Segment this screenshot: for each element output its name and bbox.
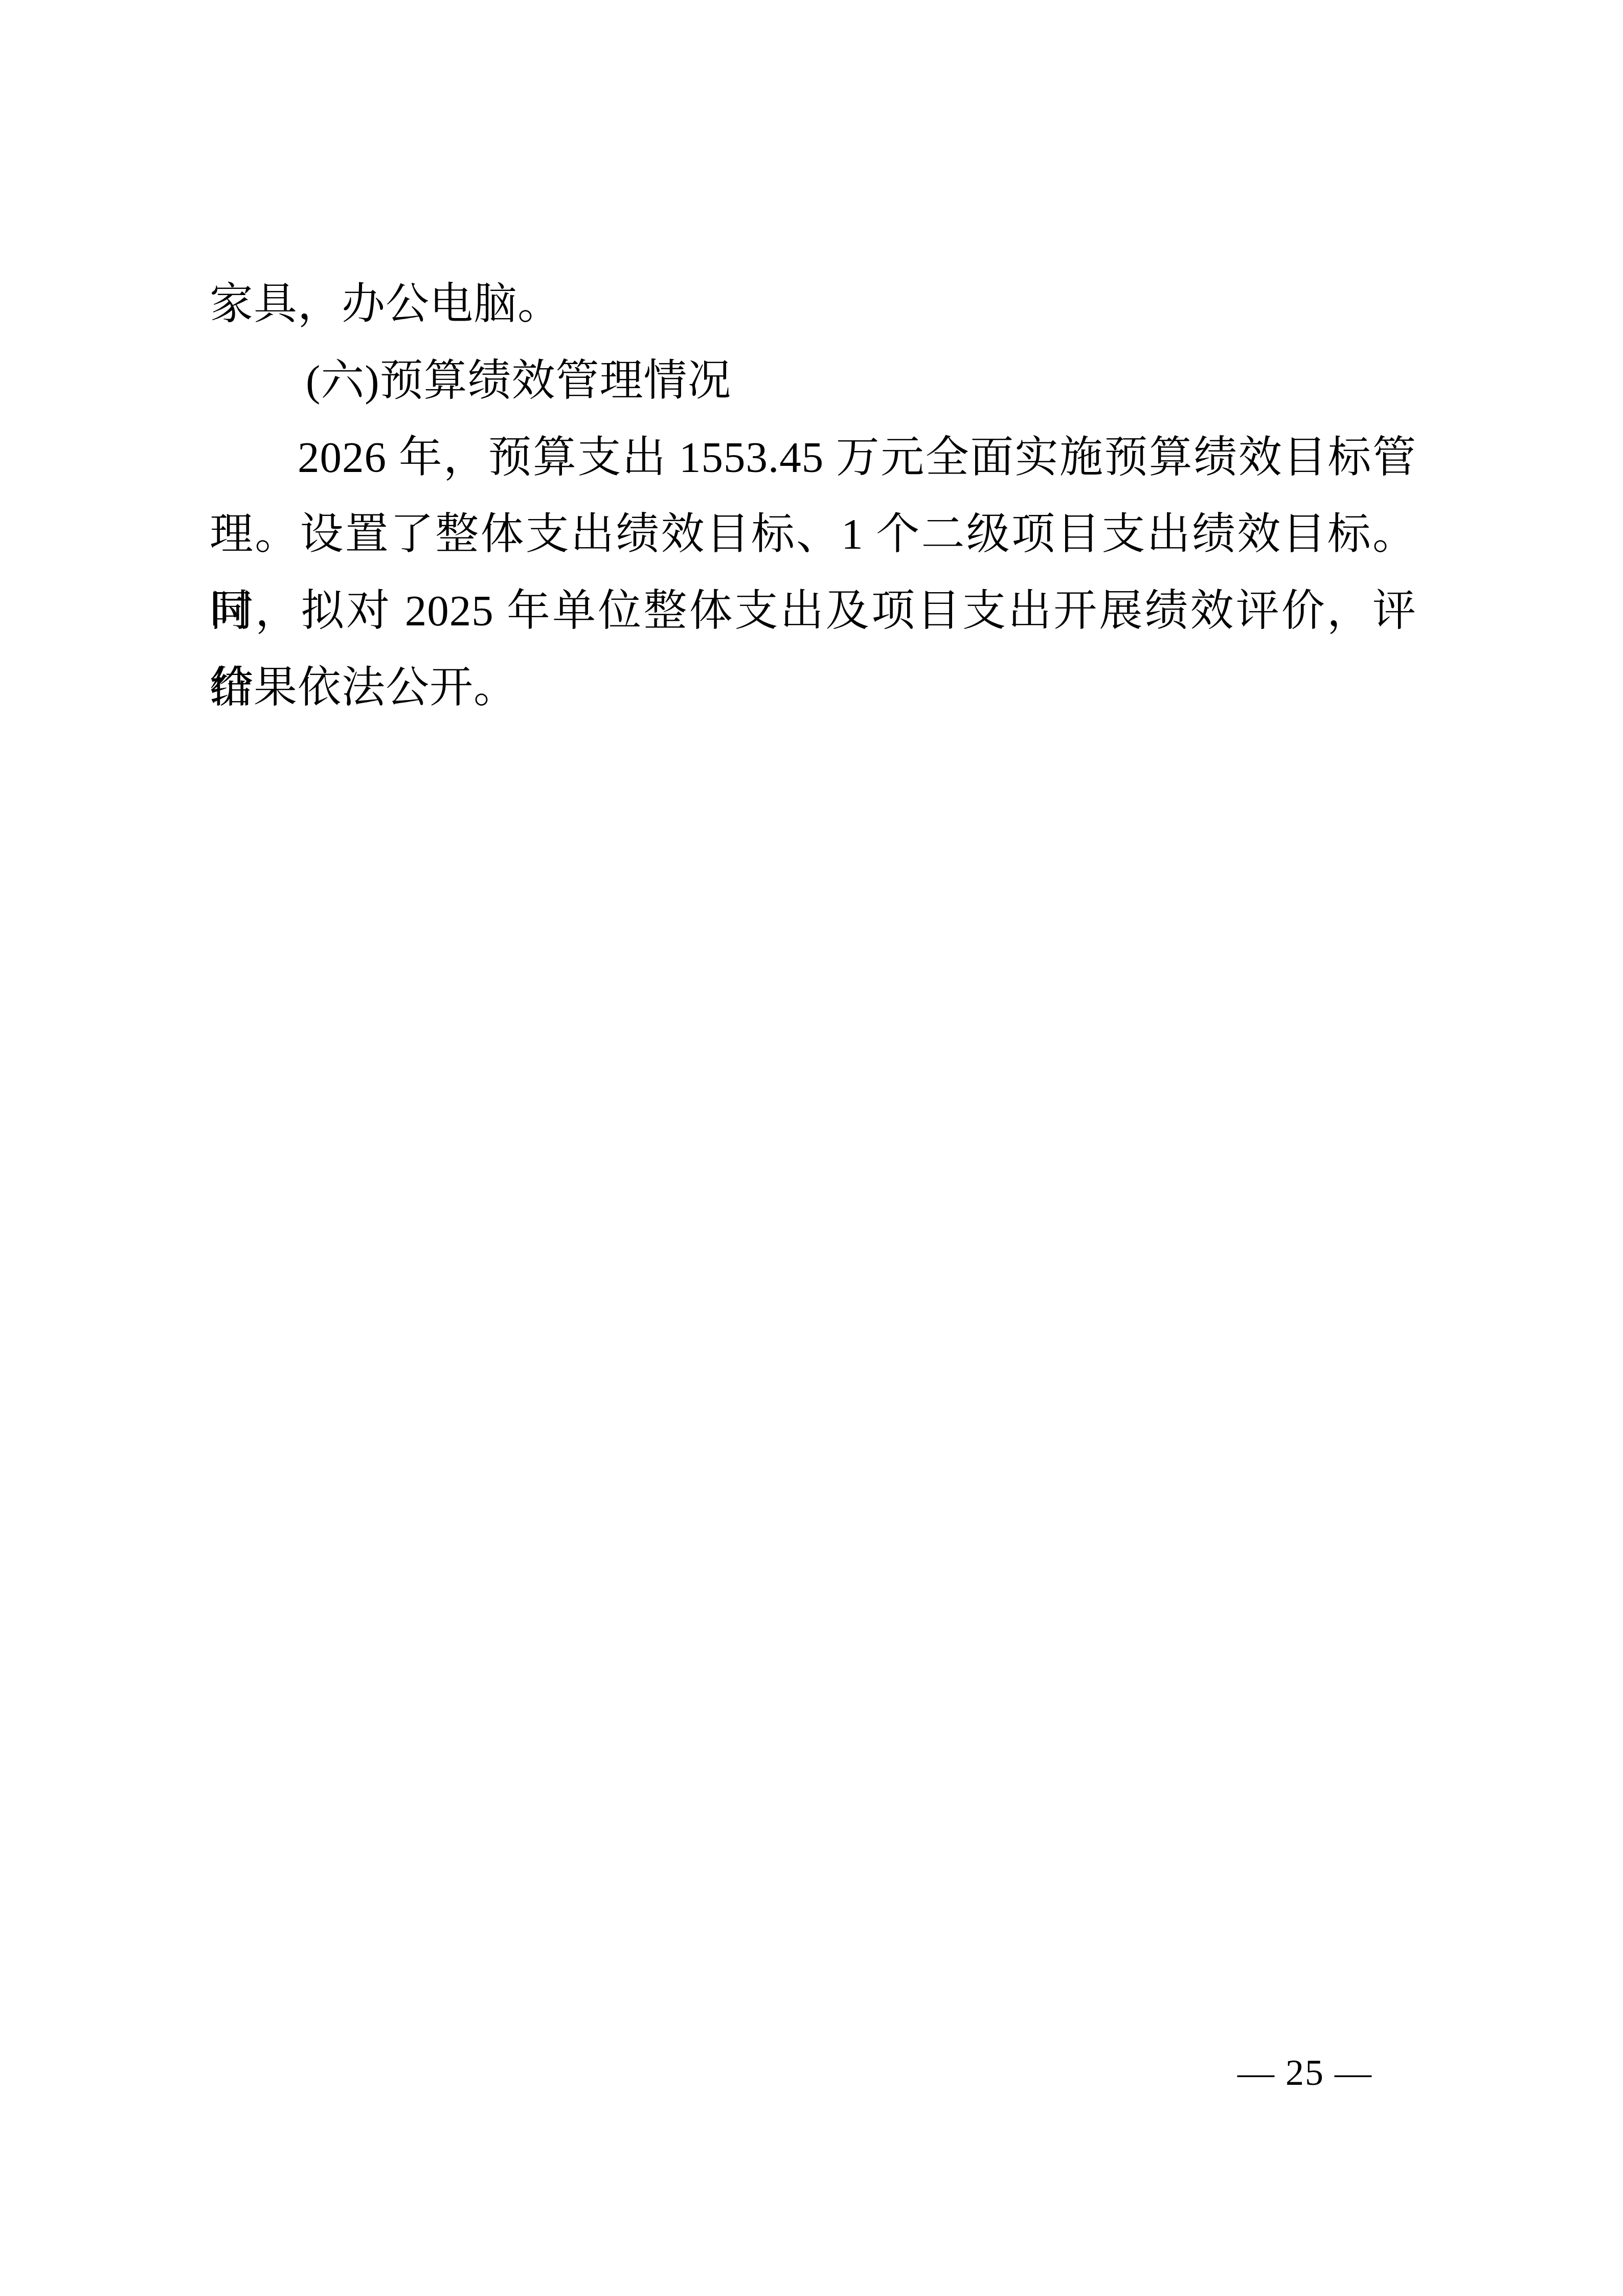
document-body: 家具，办公电脑。 (六)预算绩效管理情况 2026 年，预算支出 1553.45… xyxy=(210,266,1416,726)
section-heading: (六)预算绩效管理情况 xyxy=(210,343,1416,419)
document-page: 家具，办公电脑。 (六)预算绩效管理情况 2026 年，预算支出 1553.45… xyxy=(0,0,1623,2296)
paragraph-line: 理。设置了整体支出绩效目标、1 个二级项目支出绩效目标。同 xyxy=(210,496,1416,573)
paragraph-line: 2026 年，预算支出 1553.45 万元全面实施预算绩效目标管 xyxy=(210,419,1416,496)
paragraph-last-line: 结果依法公开。 xyxy=(210,649,1416,726)
paragraph-end-line: 家具，办公电脑。 xyxy=(210,266,1416,343)
paragraph-line: 时，拟对 2025 年单位整体支出及项目支出开展绩效评价，评价 xyxy=(210,573,1416,649)
page-number: — 25 — xyxy=(1237,2050,1372,2096)
